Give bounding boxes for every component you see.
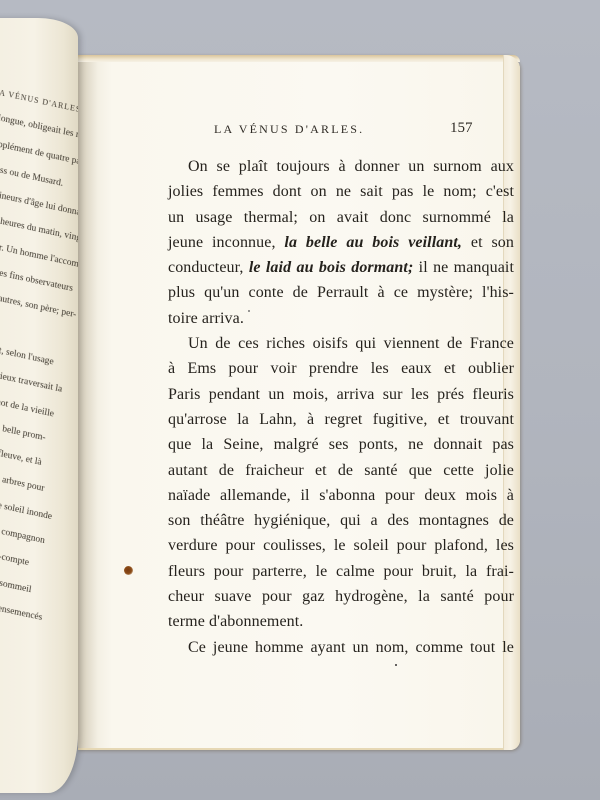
text-line: fleurs pour parterre, le calme pour brui… — [168, 559, 514, 584]
running-title: LA VÉNUS D'ARLES. — [214, 122, 364, 137]
text-line: verdure pour coulisses, le soleil pour p… — [168, 533, 514, 558]
text-line: naïade allemande, il s'abonna pour deux … — [168, 483, 514, 508]
gutter-shadow — [78, 62, 98, 748]
text-line: autant de fraicheur et de santé que cett… — [168, 458, 514, 483]
text-line: terme d'abonnement. — [168, 609, 514, 634]
right-page: LA VÉNUS D'ARLES. 157 On se plaît toujou… — [78, 62, 503, 750]
text-line: On se plaît toujours à donner un surnom … — [168, 154, 514, 179]
text-line: un usage thermal; on avait donc surnommé… — [168, 205, 514, 230]
italic-phrase: le laid au bois dormant; — [249, 259, 414, 276]
text-line: jeune inconnue, la belle au bois veillan… — [168, 230, 514, 255]
page-top-edge — [78, 55, 520, 62]
text-line: à Ems pour voir prendre les eaux et oubl… — [168, 356, 514, 381]
text-line: cheur suave pour gaz hydrogène, la santé… — [168, 584, 514, 609]
text-line: toire arriva. — [168, 306, 514, 331]
text-line: jolies femmes dont on ne sait pas le nom… — [168, 179, 514, 204]
page-number: 157 — [450, 120, 473, 137]
italic-phrase: la belle au bois veillant, — [284, 234, 462, 251]
body-text: On se plaît toujours à donner un surnom … — [168, 154, 514, 660]
text-line: plus qu'un conte de Perrault à ce mystèr… — [168, 280, 514, 305]
text-line: conducteur, le laid au bois dormant; il … — [168, 255, 514, 280]
text-line: Paris pendant un mois, arriva sur les pr… — [168, 382, 514, 407]
running-head: LA VÉNUS D'ARLES. 157 — [78, 120, 498, 140]
foxing-stain — [124, 566, 133, 575]
text-line: qu'arrose la Lahn, à regret fugitive, et… — [168, 407, 514, 432]
left-page-text: A VÉNUS D'ARLES.assez longue, obligeait … — [0, 88, 78, 637]
paper-speck — [248, 310, 250, 312]
text-line: que la Seine, malgré ses ponts, ne donna… — [168, 432, 514, 457]
text-line: son théâtre hygiénique, qui a des montag… — [168, 508, 514, 533]
text-line: Un de ces riches oisifs qui viennent de … — [168, 331, 514, 356]
left-page: A VÉNUS D'ARLES.assez longue, obligeait … — [0, 18, 78, 793]
paper-speck — [395, 664, 397, 666]
text-line: Ce jeune homme ayant un nom, comme tout … — [168, 635, 514, 660]
